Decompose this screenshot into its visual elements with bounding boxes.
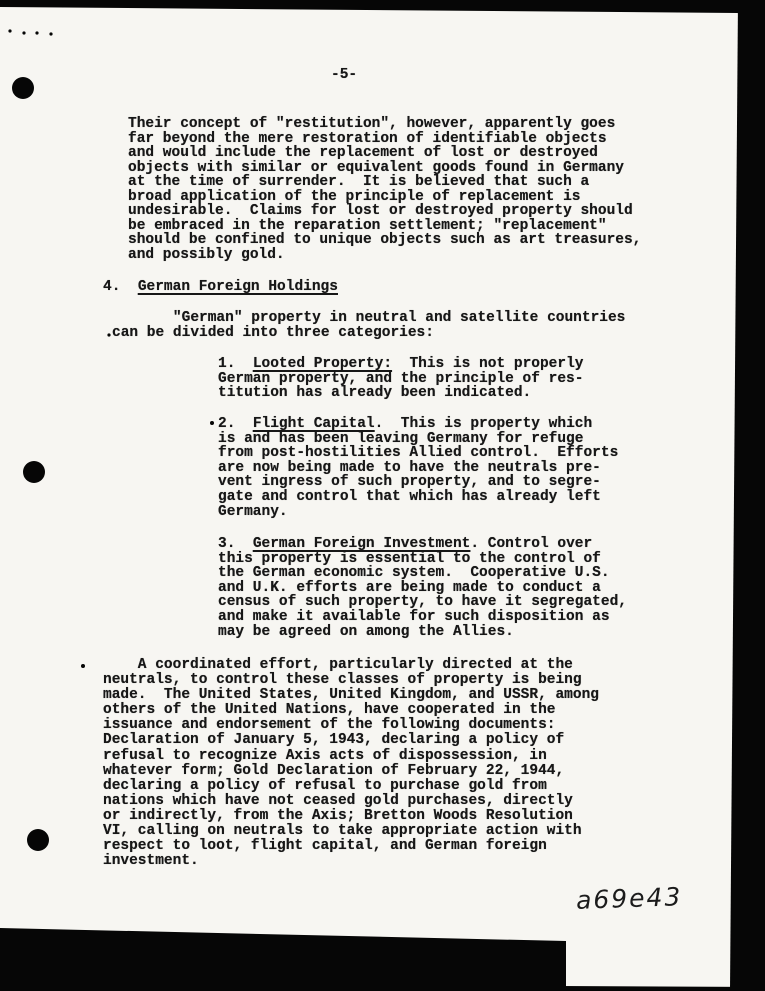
right-edge-shadow <box>730 0 765 991</box>
section-number: 4. <box>103 279 138 295</box>
scanned-document-page: -5- Their concept of "restitution", howe… <box>0 0 765 991</box>
hole-punch-icon <box>27 829 49 851</box>
closing-paragraph: A coordinated effort, particularly direc… <box>103 658 599 869</box>
hole-punch-icon <box>12 77 34 99</box>
section-title: German Foreign Holdings <box>138 279 338 295</box>
handwritten-note: a69e43 <box>576 882 683 915</box>
ink-speck <box>8 29 11 32</box>
bottom-edge-shadow <box>0 928 566 991</box>
item-title: Flight Capital <box>253 416 375 432</box>
section-4-intro: "German" property in neutral and satelli… <box>112 311 625 341</box>
list-item-german-foreign-investment: 3. German Foreign Investment. Control ov… <box>218 537 627 639</box>
item-text: . Control over this property is essentia… <box>218 536 627 640</box>
list-item-looted-property: 1. Looted Property: This is not properly… <box>218 357 583 401</box>
item-number: 3. <box>218 536 253 552</box>
paragraph-restitution: Their concept of "restitution", however,… <box>128 117 641 262</box>
page-number: -5- <box>331 68 357 83</box>
ink-speck <box>22 31 25 34</box>
ink-speck <box>210 421 214 425</box>
item-number: 2. <box>218 416 253 432</box>
item-text: . This is property which is and has been… <box>218 416 618 520</box>
hole-punch-icon <box>23 461 45 483</box>
ink-speck <box>107 333 110 336</box>
item-number: 1. <box>218 356 253 372</box>
section-4-heading: 4. German Foreign Holdings <box>103 280 338 295</box>
top-edge-shadow <box>0 0 765 16</box>
ink-speck <box>640 7 643 10</box>
list-item-flight-capital: 2. Flight Capital. This is property whic… <box>218 417 618 519</box>
item-title: Looted Property: <box>253 356 392 372</box>
ink-speck <box>81 664 85 668</box>
bottom-strip-shadow <box>560 986 765 991</box>
item-title: German Foreign Investment <box>253 536 471 552</box>
ink-speck <box>35 31 38 34</box>
ink-speck <box>49 32 52 35</box>
